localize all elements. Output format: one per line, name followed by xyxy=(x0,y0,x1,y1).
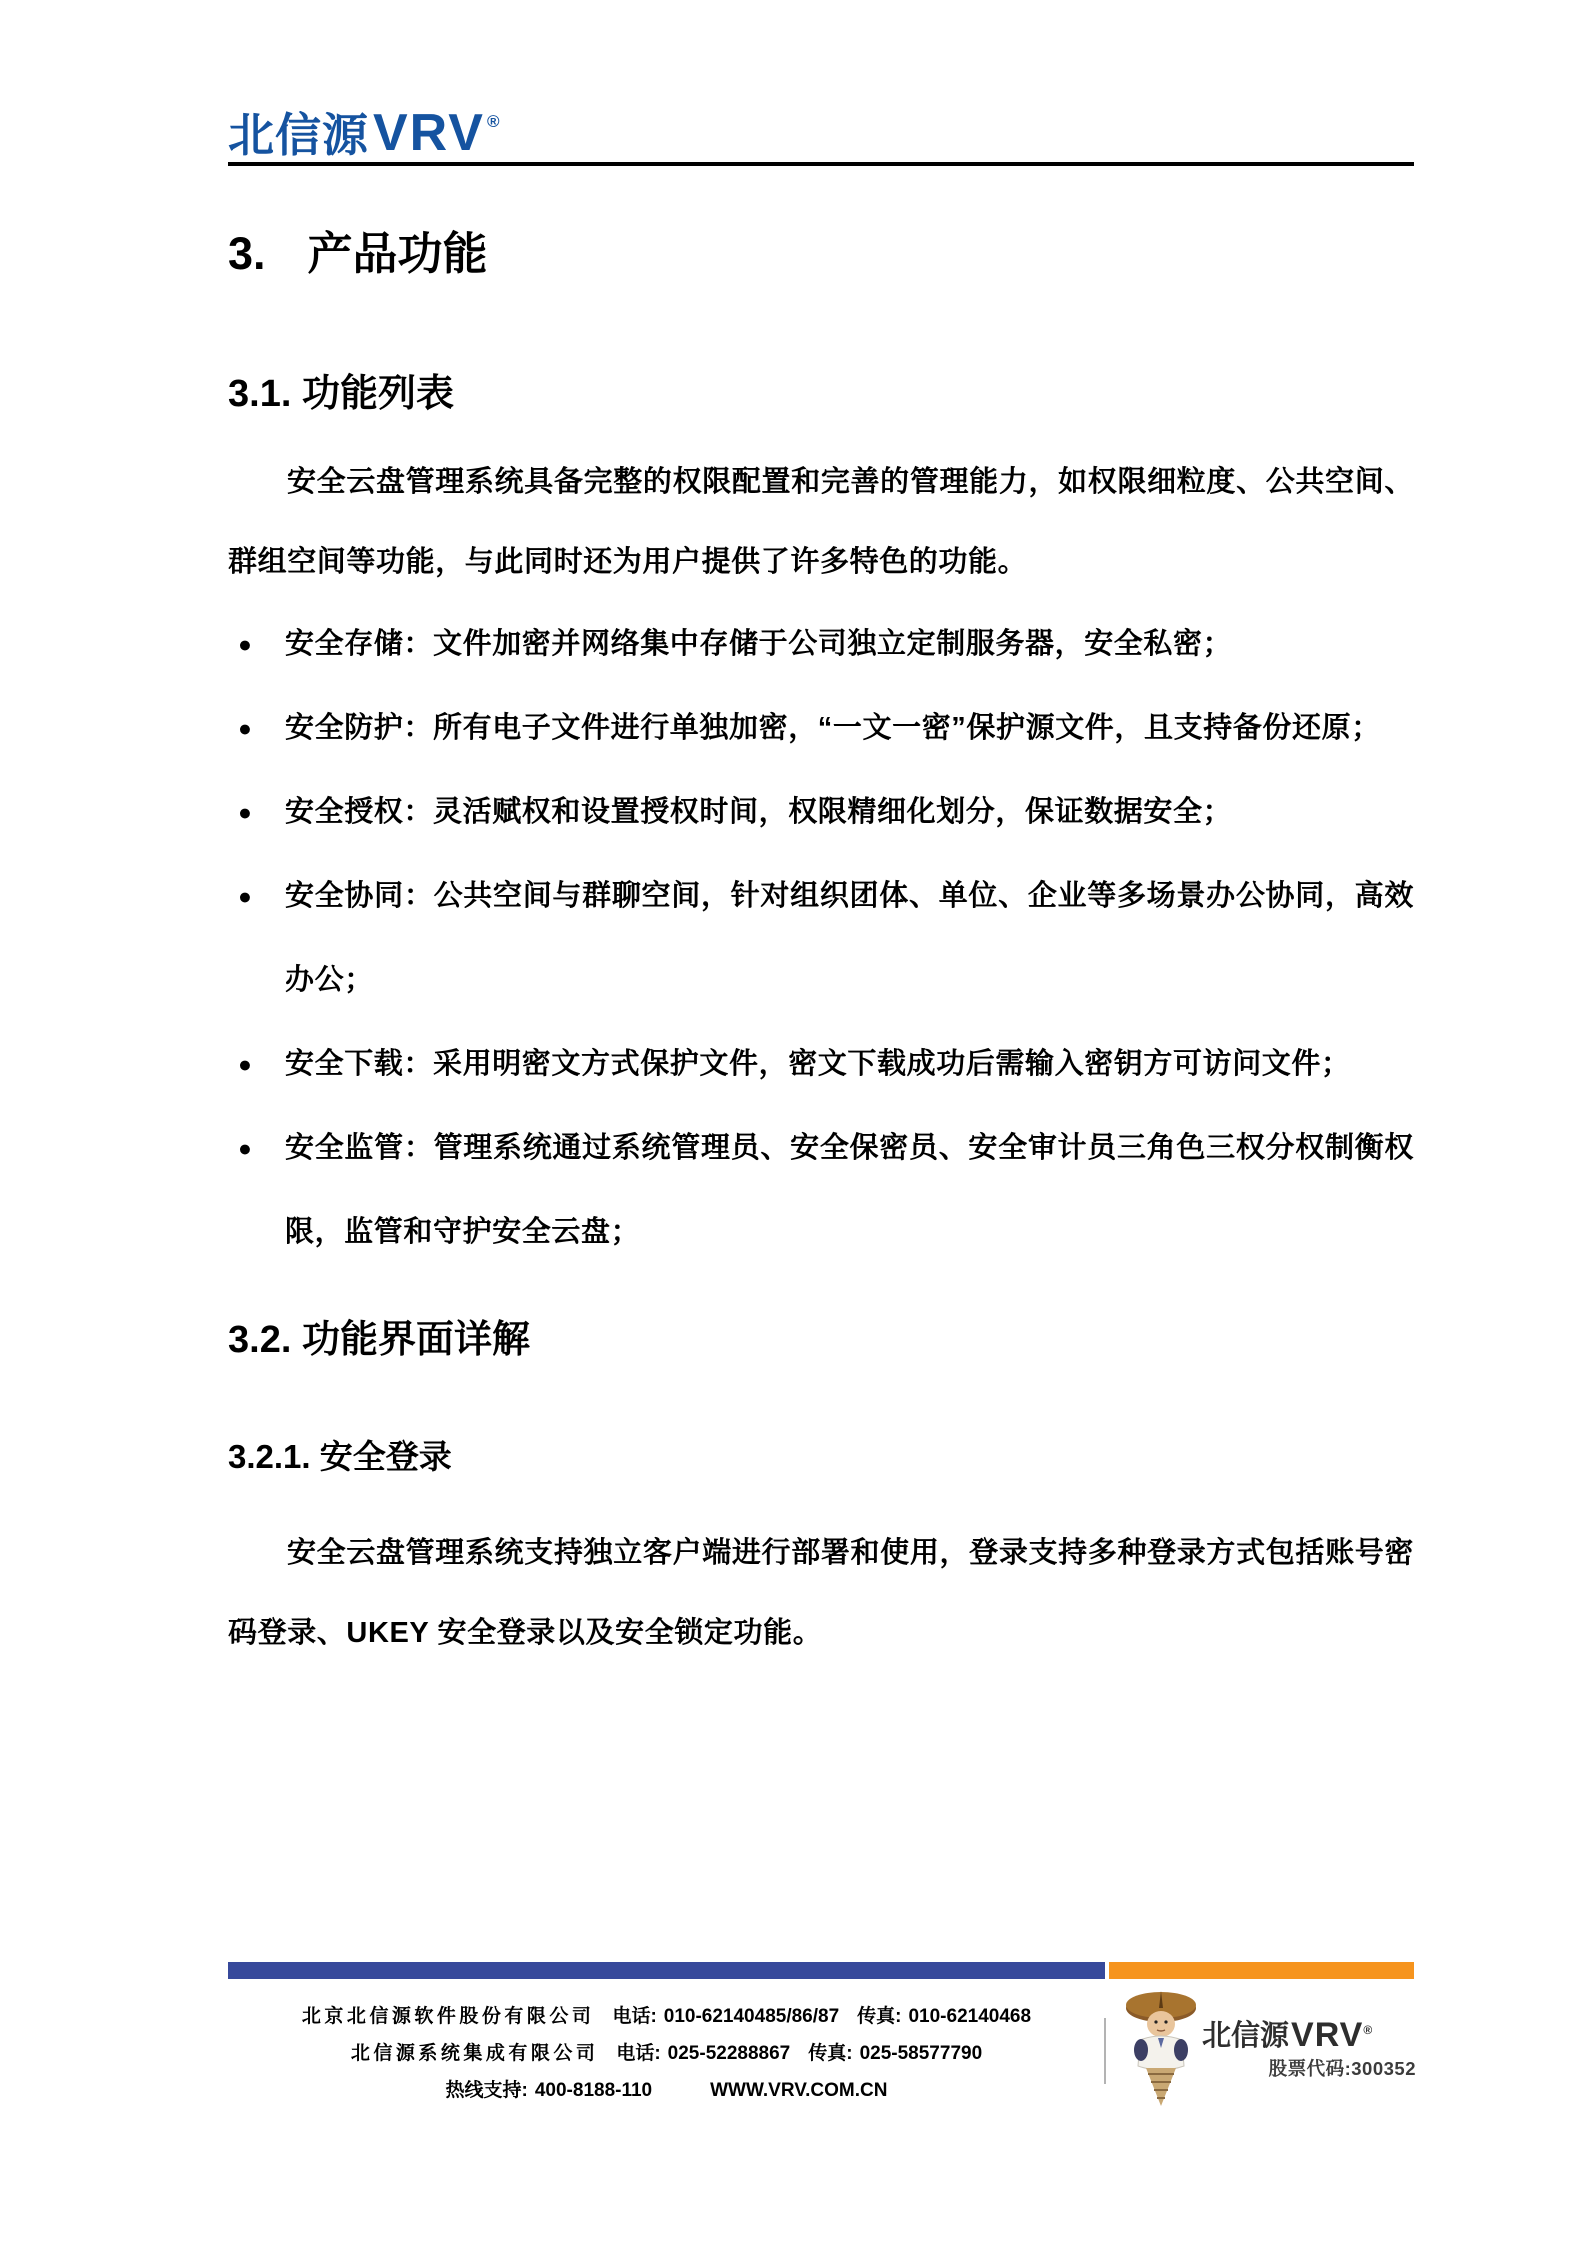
intro-paragraph: 安全云盘管理系统具备完整的权限配置和完善的管理能力，如权限细粒度、公共空间、群组… xyxy=(228,442,1414,602)
footer-logo-cn: 北信源 xyxy=(1202,2022,1289,2051)
company-name-1: 北京北信源软件股份有限公司 xyxy=(302,2006,595,2027)
mascot-image xyxy=(1124,1986,1198,2108)
footer-brand-logo: 北信源 VRV ® xyxy=(1202,2020,1416,2051)
fax-number: 010-62140468 xyxy=(908,2006,1031,2027)
brand-logo-cn: 北信源 xyxy=(228,112,369,158)
bullet-icon: ● xyxy=(228,770,285,854)
bullet-icon: ● xyxy=(228,854,285,938)
feature-item-download: ● 安全下载：采用明密文方式保护文件，密文下载成功后需输入密钥方可访问文件； xyxy=(228,1022,1414,1106)
footer-divider xyxy=(1104,2018,1106,2084)
header-logo: 北信源 VRV ® xyxy=(228,106,1414,158)
bullet-icon: ● xyxy=(228,602,285,686)
stock-code: 股票代码:300352 xyxy=(1202,2055,1416,2081)
feature-text: 安全防护：所有电子文件进行单独加密，“一文一密”保护源文件，且支持备份还原； xyxy=(285,686,1414,770)
feature-list: ● 安全存储：文件加密并网络集中存储于公司独立定制服务器，安全私密； ● 安全防… xyxy=(228,602,1414,1274)
feature-text: 安全协同：公共空间与群聊空间，针对组织团体、单位、企业等多场景办公协同，高效办公… xyxy=(285,854,1414,1022)
tel-number: 010-62140485/86/87 xyxy=(664,2006,839,2027)
header-rule xyxy=(228,162,1414,166)
footer-bar-orange xyxy=(1109,1962,1414,1979)
bullet-icon: ● xyxy=(228,1022,285,1106)
feature-text: 安全下载：采用明密文方式保护文件，密文下载成功后需输入密钥方可访问文件； xyxy=(285,1022,1414,1106)
brand-logo-en: VRV xyxy=(373,110,485,158)
tel-label: 电话: xyxy=(616,2043,660,2064)
company-name-2: 北信源系统集成有限公司 xyxy=(351,2043,599,2064)
feature-item-collaboration: ● 安全协同：公共空间与群聊空间，针对组织团体、单位、企业等多场景办公协同，高效… xyxy=(228,854,1414,1022)
feature-item-storage: ● 安全存储：文件加密并网络集中存储于公司独立定制服务器，安全私密； xyxy=(228,602,1414,686)
footer-brand-block: 北信源 VRV ® 股票代码:300352 xyxy=(1202,2020,1416,2081)
page-title: 3.产品功能 xyxy=(228,226,1414,282)
bullet-icon: ● xyxy=(228,686,285,770)
feature-item-protection: ● 安全防护：所有电子文件进行单独加密，“一文一密”保护源文件，且支持备份还原； xyxy=(228,686,1414,770)
fax-number: 025-58577790 xyxy=(860,2043,983,2064)
registered-mark-icon: ® xyxy=(487,112,500,132)
hotline-label: 热线支持: xyxy=(446,2080,528,2101)
tel-label: 电话: xyxy=(612,2006,656,2027)
footer-line-1: 北京北信源软件股份有限公司电话:010-62140485/86/87传真:010… xyxy=(228,1998,1105,2035)
feature-item-authorization: ● 安全授权：灵活赋权和设置授权时间，权限精细化划分，保证数据安全； xyxy=(228,770,1414,854)
subsection-heading-3-2-1: 3.2.1. 安全登录 xyxy=(228,1437,1414,1477)
footer-line-3: 热线支持:400-8188-110WWW.VRV.COM.CN xyxy=(228,2072,1105,2109)
footer-bar xyxy=(228,1962,1414,1979)
section-heading-3-2: 3.2. 功能界面详解 xyxy=(228,1318,1414,1364)
footer-contact-block: 北京北信源软件股份有限公司电话:010-62140485/86/87传真:010… xyxy=(228,1998,1105,2109)
feature-text: 安全监管：管理系统通过系统管理员、安全保密员、安全审计员三角色三权分权制衡权限，… xyxy=(285,1106,1414,1274)
feature-text: 安全存储：文件加密并网络集中存储于公司独立定制服务器，安全私密； xyxy=(285,602,1414,686)
page-title-number: 3. xyxy=(228,228,266,279)
registered-mark-icon: ® xyxy=(1363,2023,1372,2037)
feature-text: 安全授权：灵活赋权和设置授权时间，权限精细化划分，保证数据安全； xyxy=(285,770,1414,854)
fax-label: 传真: xyxy=(808,2043,852,2064)
website-text: WWW.VRV.COM.CN xyxy=(710,2080,887,2101)
hotline-number: 400-8188-110 xyxy=(535,2080,652,2101)
tel-number: 025-52288867 xyxy=(668,2043,791,2064)
footer-logo-en: VRV xyxy=(1291,2020,1363,2051)
fax-label: 传真: xyxy=(857,2006,901,2027)
footer-line-2: 北信源系统集成有限公司电话:025-52288867传真:025-5857779… xyxy=(228,2035,1105,2072)
page-content: 北信源 VRV ® 3.产品功能 3.1. 功能列表 安全云盘管理系统具备完整的… xyxy=(228,0,1414,1673)
section-heading-3-1: 3.1. 功能列表 xyxy=(228,372,1414,418)
login-paragraph: 安全云盘管理系统支持独立客户端进行部署和使用，登录支持多种登录方式包括账号密码登… xyxy=(228,1513,1414,1673)
bullet-icon: ● xyxy=(228,1106,285,1190)
document-page: 北信源 VRV ® 3.产品功能 3.1. 功能列表 安全云盘管理系统具备完整的… xyxy=(0,0,1587,2245)
page-title-text: 产品功能 xyxy=(308,228,488,279)
feature-item-supervision: ● 安全监管：管理系统通过系统管理员、安全保密员、安全审计员三角色三权分权制衡权… xyxy=(228,1106,1414,1274)
footer-bar-blue xyxy=(228,1962,1105,1979)
